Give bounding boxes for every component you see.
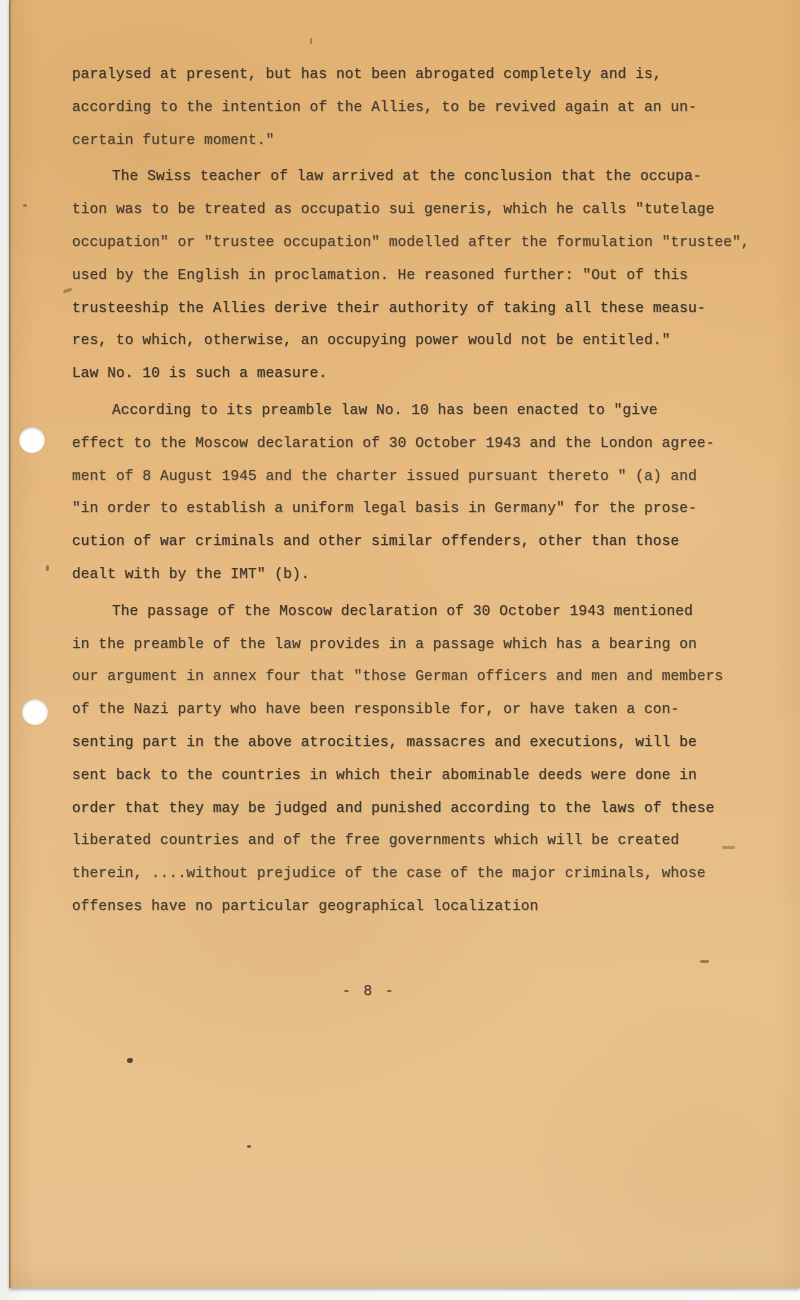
typewritten-line: tion was to be treated as occupatio sui … [72, 194, 772, 227]
ink-speck [247, 1145, 251, 1148]
scan-background: paralysed at present, but has not been a… [0, 0, 800, 1300]
typewritten-line: ment of 8 August 1945 and the charter is… [72, 461, 772, 494]
typewritten-line: cution of war criminals and other simila… [72, 526, 772, 559]
typewritten-line: effect to the Moscow declaration of 30 O… [72, 428, 772, 461]
ink-speck [310, 38, 312, 44]
paragraph-3: According to its preamble law No. 10 has… [72, 395, 772, 592]
typewritten-line: occupation" or "trustee occupation" mode… [72, 227, 772, 260]
typewritten-line: in the preamble of the law provides in a… [72, 629, 772, 662]
ink-speck [23, 204, 27, 207]
typewritten-line: sent back to the countries in which thei… [72, 760, 772, 793]
typewritten-line: offenses have no particular geographical… [72, 891, 772, 924]
paragraph-1: paralysed at present, but has not been a… [72, 59, 772, 157]
typewritten-line: "in order to establish a uniform legal b… [72, 493, 772, 526]
typewritten-line: liberated countries and of the free gove… [72, 825, 772, 858]
paper-smudge [700, 960, 709, 963]
typewritten-line: of the Nazi party who have been responsi… [72, 694, 772, 727]
typewritten-line: The Swiss teacher of law arrived at the … [72, 161, 772, 194]
typewritten-line: used by the English in proclamation. He … [72, 260, 772, 293]
typewritten-line: senting part in the above atrocities, ma… [72, 727, 772, 760]
punch-hole-bottom [22, 699, 48, 725]
typewritten-line: therein, ....without prejudice of the ca… [72, 858, 772, 891]
typewritten-line: order that they may be judged and punish… [72, 793, 772, 826]
typewritten-line: According to its preamble law No. 10 has… [72, 395, 772, 428]
paragraph-4: The passage of the Moscow declaration of… [72, 596, 772, 924]
typewritten-line: Law No. 10 is such a measure. [72, 358, 772, 391]
punch-hole-top [19, 427, 45, 453]
typewritten-line: dealt with by the IMT" (b). [72, 559, 772, 592]
pencil-tick-mark [63, 288, 72, 294]
typewritten-line: trusteeship the Allies derive their auth… [72, 293, 772, 326]
typewritten-line: res, to which, otherwise, an occupying p… [72, 325, 772, 358]
ink-speck [46, 565, 49, 571]
ink-speck [127, 1058, 133, 1063]
document-page: paralysed at present, but has not been a… [9, 0, 800, 1288]
typewritten-line: our argument in annex four that "those G… [72, 661, 772, 694]
typewritten-line: The passage of the Moscow declaration of… [72, 596, 772, 629]
typewritten-line: certain future moment." [72, 125, 772, 158]
paragraph-2: The Swiss teacher of law arrived at the … [72, 161, 772, 391]
page-number: - 8 - [342, 976, 396, 1009]
typewritten-text-block: paralysed at present, but has not been a… [72, 59, 772, 924]
typewritten-line: according to the intention of the Allies… [72, 92, 772, 125]
typewritten-line: paralysed at present, but has not been a… [72, 59, 772, 92]
